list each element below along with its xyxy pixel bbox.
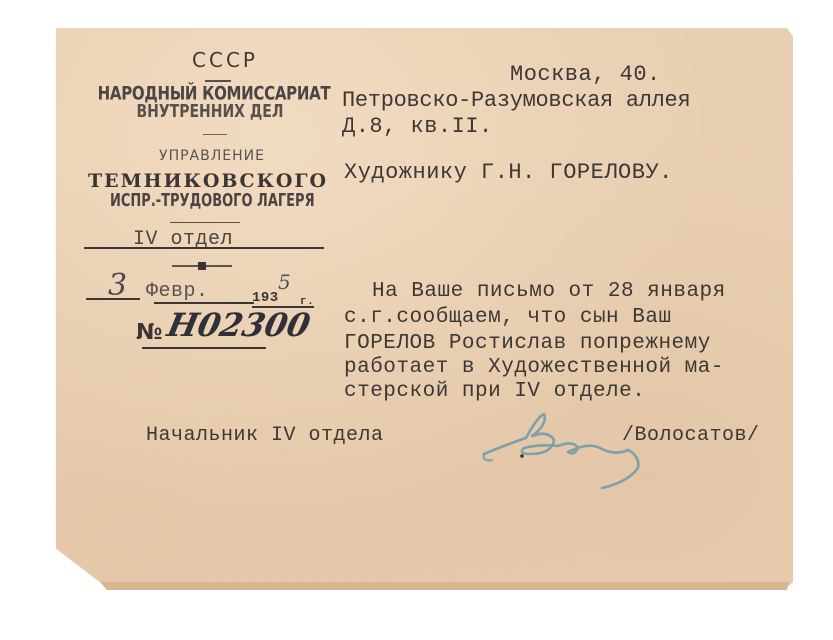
paper-bottom-edge — [100, 582, 790, 590]
stamp-ministry-rule — [203, 134, 227, 135]
stamp-ornament-dot — [198, 262, 206, 270]
reference-number-value: Н02300 — [164, 306, 314, 344]
body-line-1: На Ваше письмо от 28 января — [372, 280, 726, 303]
signatory-title: Начальник IV отдела — [146, 424, 384, 447]
date-day-rule — [86, 298, 140, 300]
stamp-country: СССР — [185, 48, 265, 72]
signatory-name: /Волосатов/ — [622, 424, 760, 447]
body-line-3: ГОРЕЛОВ Ростислав попрежнему — [344, 332, 711, 355]
date-month-rule — [154, 302, 254, 304]
stamp-camp-line1: ТЕМНИКОВСКОГО — [88, 170, 328, 192]
date-month: Февр. — [146, 280, 209, 303]
address-house: Д.8, кв.II. — [342, 114, 493, 139]
stamp-camp-rule — [170, 222, 240, 223]
stamp-department-rule — [84, 247, 324, 249]
reference-number-prefix: № — [136, 320, 162, 345]
date-year-prefix: 193 — [252, 290, 279, 306]
stamp-ministry-line2: ВНУТРЕННИХ ДЕЛ — [130, 102, 290, 122]
stamp-ministry-line1: НАРОДНЫЙ КОМИССАРИАТ — [92, 82, 336, 105]
reference-number-rule — [142, 347, 266, 349]
address-street: Петровско-Разумовская аллея — [342, 88, 690, 113]
body-line-2: с.г.сообщаем, что сын Ваш — [344, 306, 672, 329]
recipient-line: Художнику Г.Н. ГОРЕЛОВУ. — [344, 160, 673, 185]
address-city: Москва, 40. — [510, 62, 661, 87]
stamp-directorate: УПРАВЛЕНИЕ — [140, 148, 284, 164]
signature-mark-text: Вол — [520, 420, 522, 421]
date-year-digit: 5 — [278, 270, 291, 294]
body-line-4: работает в Художественной ма- — [344, 356, 724, 379]
stamp-camp-line2: ИСПР.-ТРУДОВОГО ЛАГЕРЯ — [110, 191, 310, 211]
